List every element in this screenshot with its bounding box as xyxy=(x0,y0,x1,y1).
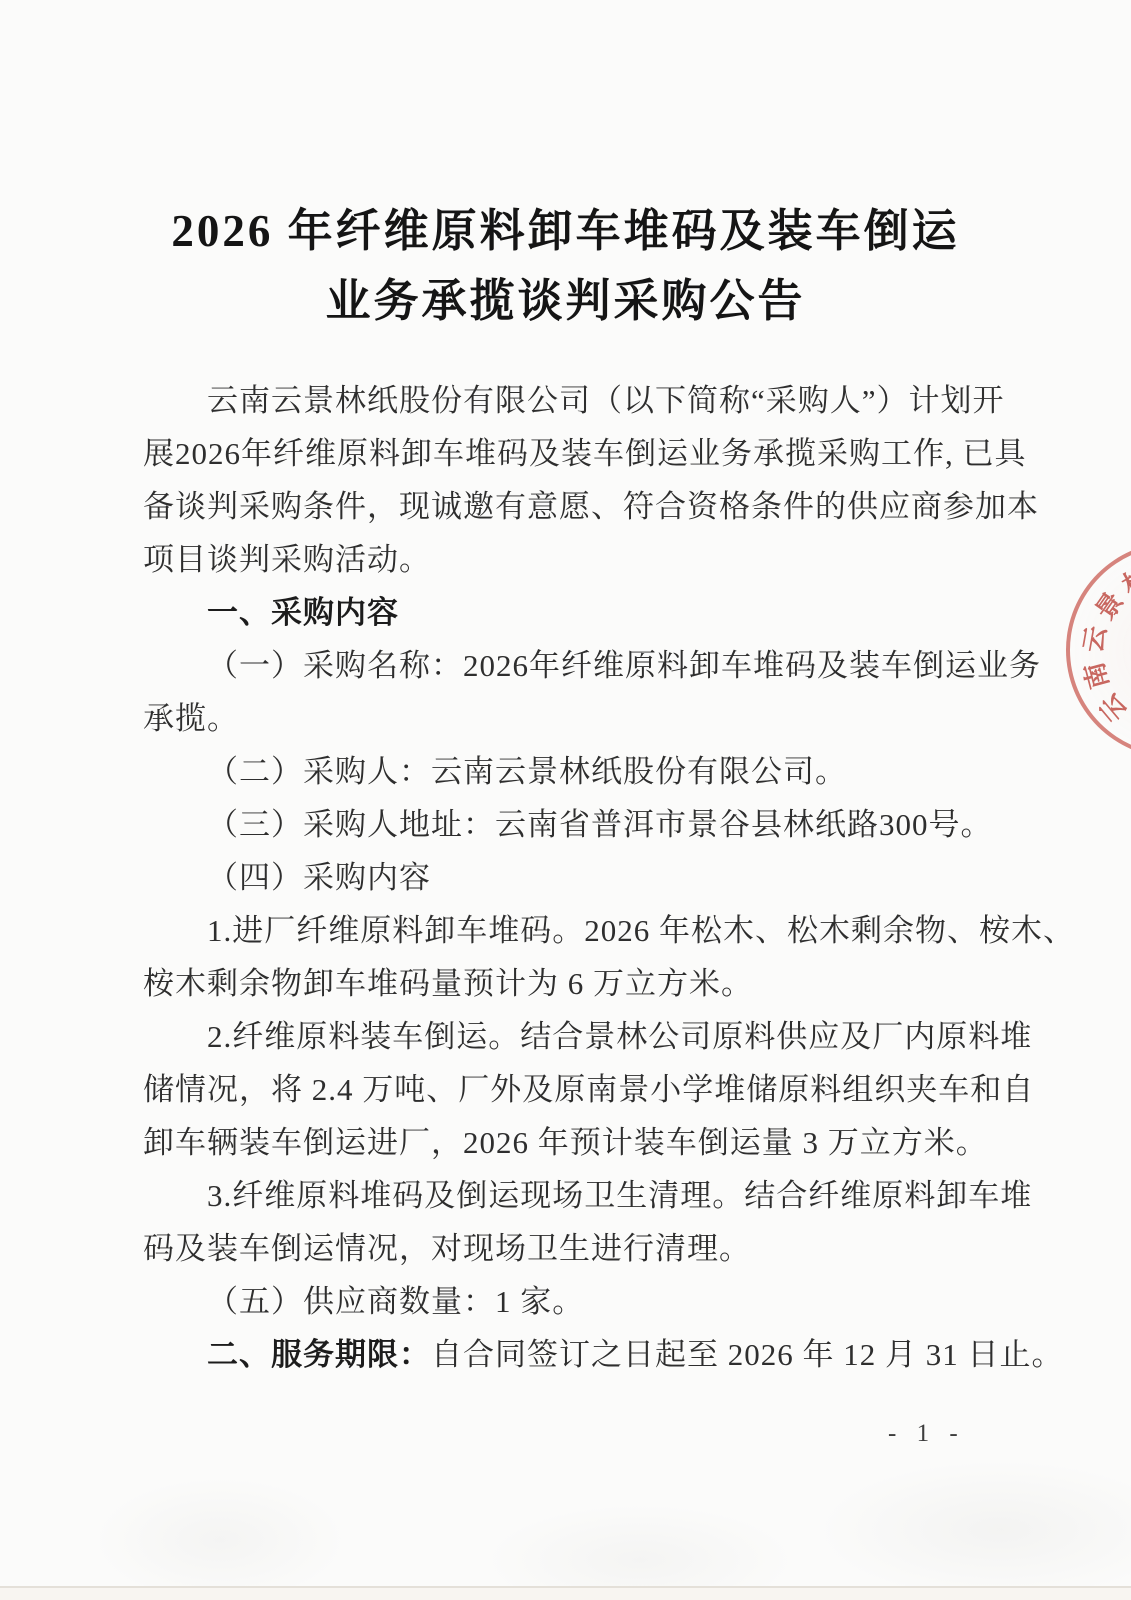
content-3-site-cleaning-line-1: 3.纤维原料堆码及倒运现场卫生清理。结合纤维原料卸车堆 xyxy=(143,1169,991,1222)
item-5-supplier-quantity: （五）供应商数量：1 家。 xyxy=(143,1275,991,1328)
service-period-text: 自合同签订之日起至 2026 年 12 月 31 日止。 xyxy=(431,1337,1064,1372)
content-2-loading-transfer-line-1: 2.纤维原料装车倒运。结合景林公司原料供应及厂内原料堆 xyxy=(143,1010,991,1063)
page-number: - 1 - xyxy=(888,1420,965,1448)
seal-character: 云 xyxy=(1073,623,1114,655)
content-2-loading-transfer-line-3: 卸车辆装车倒运进厂，2026 年预计装车倒运量 3 万立方米。 xyxy=(143,1116,991,1169)
section-heading-procurement-content: 一、采购内容 xyxy=(143,586,991,639)
document-body: 云南云景林纸股份有限公司（以下简称“采购人”）计划开 展2026年纤维原料卸车堆… xyxy=(143,374,991,1381)
seal-character: 南 xyxy=(1074,659,1116,694)
company-seal: 云 南 云 景 林 xyxy=(1066,542,1131,758)
item-2-purchaser: （二）采购人：云南云景林纸股份有限公司。 xyxy=(143,745,991,798)
paragraph-intro-line-3: 备谈判采购条件，现诚邀有意愿、符合资格条件的供应商参加本 xyxy=(143,480,991,533)
seal-character: 云 xyxy=(1089,687,1131,731)
paragraph-intro-line-1: 云南云景林纸股份有限公司（以下简称“采购人”）计划开 xyxy=(143,374,991,427)
paragraph-intro-line-4: 项目谈判采购活动。 xyxy=(143,533,991,586)
content-2-loading-transfer-line-2: 储情况，将 2.4 万吨、厂外及原南景小学堆储原料组织夹车和自 xyxy=(143,1063,991,1116)
item-3-purchaser-address: （三）采购人地址：云南省普洱市景谷县林纸路300号。 xyxy=(143,798,991,851)
content-1-unloading-stacking-line-2: 桉木剩余物卸车堆码量预计为 6 万立方米。 xyxy=(143,957,991,1010)
paragraph-intro-line-2: 展2026年纤维原料卸车堆码及装车倒运业务承揽采购工作, 已具 xyxy=(143,427,991,480)
item-1-procurement-name-line-1: （一）采购名称：2026年纤维原料卸车堆码及装车倒运业务 xyxy=(143,639,991,692)
document-title-line-1: 2026 年纤维原料卸车堆码及装车倒运 xyxy=(0,194,1131,259)
seal-character: 景 xyxy=(1085,584,1130,627)
document-title-line-2: 业务承揽谈判采购公告 xyxy=(0,264,1131,329)
content-3-site-cleaning-line-2: 码及装车倒运情况，对现场卫生进行清理。 xyxy=(143,1222,991,1275)
section-service-period: 二、服务期限：自合同签订之日起至 2026 年 12 月 31 日止。 xyxy=(143,1328,991,1381)
service-period-heading: 二、服务期限： xyxy=(207,1337,431,1372)
scanned-document-page: 2026 年纤维原料卸车堆码及装车倒运 业务承揽谈判采购公告 云南云景林纸股份有… xyxy=(0,0,1131,1600)
item-1-procurement-name-line-2: 承揽。 xyxy=(143,692,991,745)
content-1-unloading-stacking-line-1: 1.进厂纤维原料卸车堆码。2026 年松木、松木剩余物、桉木、 xyxy=(143,904,991,957)
scanner-edge-margin xyxy=(0,1588,1131,1600)
item-4-procurement-content: （四）采购内容 xyxy=(143,851,991,904)
